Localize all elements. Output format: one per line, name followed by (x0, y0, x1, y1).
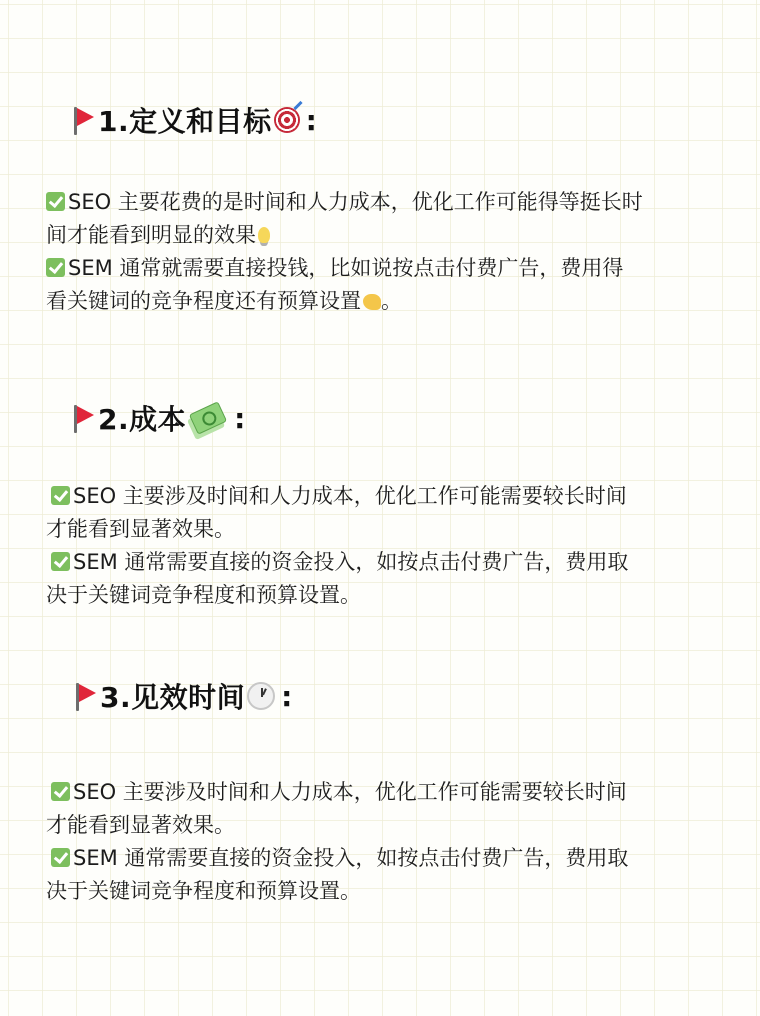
red-flag-icon (74, 681, 96, 711)
section-heading-definition: 1.定义和目标 : (72, 100, 317, 140)
list-item: SEM 通常需要直接的资金投入，如按点击付费广告，费用取 (51, 842, 731, 875)
red-flag-icon (72, 105, 94, 135)
heading-text: 2.成本 (98, 398, 186, 438)
list-item: SEM 通常就需要直接投钱，比如说按点击付费广告，费用得 (46, 252, 726, 285)
section-heading-cost: 2.成本 : (72, 398, 246, 438)
flexed-biceps-icon (363, 294, 381, 310)
heading-colon: : (234, 402, 246, 435)
check-icon (51, 486, 70, 505)
list-item: SEO 主要花费的是时间和人力成本，优化工作可能得等挺长时 (46, 186, 726, 219)
heading-colon: : (306, 104, 318, 137)
heading-colon: : (281, 680, 293, 713)
check-icon (51, 848, 70, 867)
section-body-cost: SEO 主要涉及时间和人力成本，优化工作可能需要较长时间 才能看到显著效果。 S… (46, 480, 731, 612)
target-icon (274, 107, 300, 133)
list-item: SEO 主要涉及时间和人力成本，优化工作可能需要较长时间 (51, 480, 731, 513)
list-item: SEM 通常需要直接的资金投入，如按点击付费广告，费用取 (51, 546, 731, 579)
check-icon (51, 782, 70, 801)
note-page: 1.定义和目标 : SEO 主要花费的是时间和人力成本，优化工作可能得等挺长时 … (0, 0, 760, 1016)
section-heading-time-to-effect: 3.见效时间 : (74, 676, 293, 716)
check-icon (51, 552, 70, 571)
heading-text: 3.见效时间 (100, 676, 245, 716)
lightbulb-icon (258, 227, 270, 243)
heading-text: 1.定义和目标 (98, 100, 272, 140)
check-icon (46, 258, 65, 277)
section-body-time-to-effect: SEO 主要涉及时间和人力成本，优化工作可能需要较长时间 才能看到显著效果。 S… (46, 776, 731, 908)
money-icon (189, 401, 227, 434)
list-item: SEO 主要涉及时间和人力成本，优化工作可能需要较长时间 (51, 776, 731, 809)
check-icon (46, 192, 65, 211)
clock-icon (247, 682, 275, 710)
red-flag-icon (72, 403, 94, 433)
section-body-definition: SEO 主要花费的是时间和人力成本，优化工作可能得等挺长时 间才能看到明显的效果… (46, 186, 726, 318)
